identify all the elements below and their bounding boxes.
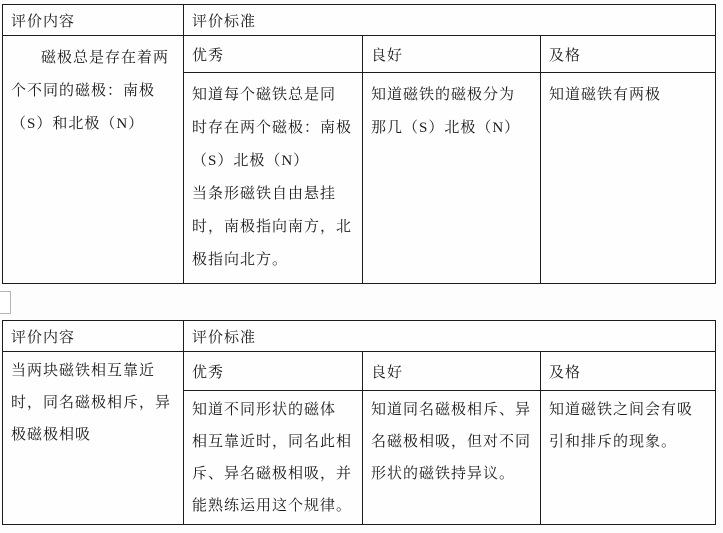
- table2-level-excellent-cell: 优秀: [184, 352, 363, 391]
- evaluation-table-1: 评价内容 评价标准 磁极总是存在着两 个不同的磁极：南极 （S）和北极（N） 优…: [2, 4, 716, 284]
- table1-header-row: 评价内容 评价标准: [3, 5, 716, 36]
- document-page: 评价内容 评价标准 磁极总是存在着两 个不同的磁极：南极 （S）和北极（N） 优…: [0, 0, 723, 533]
- table2-levels-row: 当两块磁铁相互靠近 时，同名磁极相斥，异 极磁极相吸 优秀 良好 及格: [3, 352, 716, 391]
- table2-header-criteria-cell: 评价标准: [184, 321, 716, 352]
- table2-excellent-text-cell: 知道不同形状的磁体 相互靠近时，同名此相 斥、异名磁极相吸，并 能熟练运用这个规…: [184, 391, 363, 525]
- table1-excellent-text-cell: 知道每个磁铁总是同 时存在两个磁极：南极 （S）北极（N） 当条形磁铁自由悬挂 …: [184, 73, 363, 284]
- table1-level-pass-cell: 及格: [541, 36, 716, 73]
- table2-level-good-cell: 良好: [363, 352, 541, 391]
- table1-header-content-cell: 评价内容: [3, 5, 184, 36]
- table1-level-excellent-cell: 优秀: [184, 36, 363, 73]
- table1-levels-row: 磁极总是存在着两 个不同的磁极：南极 （S）和北极（N） 优秀 良好 及格: [3, 36, 716, 73]
- table1-content-cell: 磁极总是存在着两 个不同的磁极：南极 （S）和北极（N）: [3, 36, 184, 284]
- table1-level-good-cell: 良好: [363, 36, 541, 73]
- table2-content-cell: 当两块磁铁相互靠近 时，同名磁极相斥，异 极磁极相吸: [3, 352, 184, 525]
- page-margin-artifact: [0, 291, 11, 314]
- table2-header-content-cell: 评价内容: [3, 321, 184, 352]
- table2-header-row: 评价内容 评价标准: [3, 321, 716, 352]
- table2-good-text-cell: 知道同名磁极相斥、异 名磁极相吸，但对不同 形状的磁铁持异议。: [363, 391, 541, 525]
- table2-pass-text-cell: 知道磁铁之间会有吸 引和排斥的现象。: [541, 391, 716, 525]
- table1-header-criteria-cell: 评价标准: [184, 5, 716, 36]
- table1-good-text-cell: 知道磁铁的磁极分为 那几（S）北极（N）: [363, 73, 541, 284]
- evaluation-table-2: 评价内容 评价标准 当两块磁铁相互靠近 时，同名磁极相斥，异 极磁极相吸 优秀 …: [2, 320, 716, 525]
- table2-level-pass-cell: 及格: [541, 352, 716, 391]
- table1-pass-text-cell: 知道磁铁有两极: [541, 73, 716, 284]
